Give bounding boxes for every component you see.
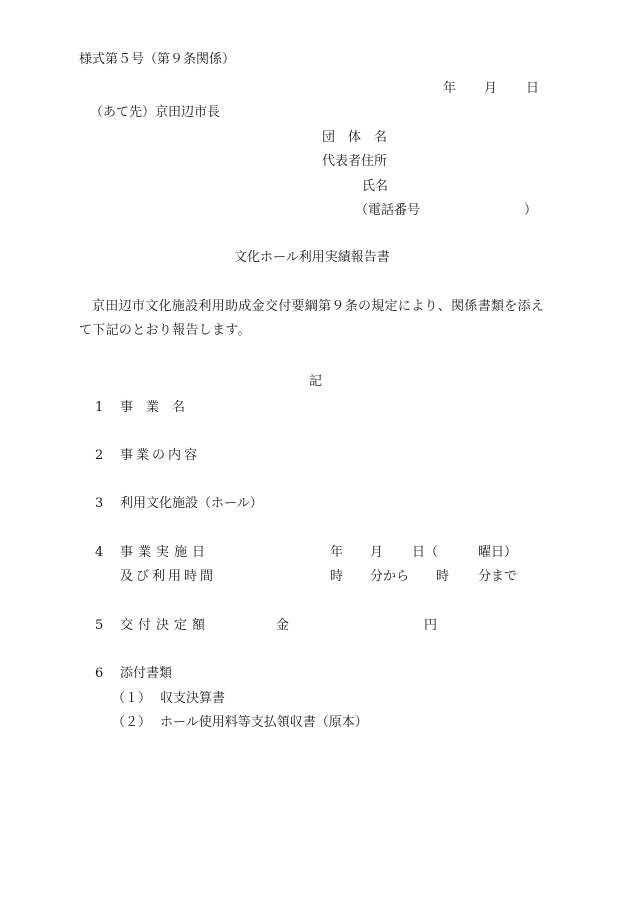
item-2-number: 2 (95, 448, 103, 464)
item-6-label: 添付書類 (120, 666, 172, 682)
name-label: 氏名 (362, 179, 388, 195)
group-name-label: 団 体 名 (322, 130, 387, 146)
date-day-label: 日 (526, 81, 539, 97)
item-4-label: 事業実施日 (120, 545, 210, 561)
item-2-label: 事業の内容 (120, 448, 200, 464)
item-4-day: 日（ (412, 545, 438, 561)
item-5-amount-prefix: 金 (276, 618, 289, 634)
item-4-weekday: 曜日） (478, 545, 517, 561)
representative-address-label: 代表者住所 (322, 154, 387, 170)
form-number: 様式第５号（第９条関係） (79, 52, 235, 68)
item-6-number: 6 (95, 666, 103, 682)
item-4-year: 年 (330, 545, 343, 561)
item-3-label: 利用文化施設（ホール） (120, 496, 263, 512)
body-text-line-1: 京田辺市文化施設利用助成金交付要綱第９条の規定により、関係書類を添え (92, 299, 544, 315)
phone-label: （電話番号 (355, 203, 420, 219)
attachment-2-number: （２） (112, 715, 151, 731)
item-1-label: 事 業 名 (120, 400, 185, 416)
attachment-1-label: 収支決算書 (160, 691, 225, 707)
item-4-start-minute: 分から (370, 569, 409, 585)
item-4-number: 4 (95, 545, 103, 561)
ki-heading: 記 (309, 374, 322, 390)
item-3-number: 3 (95, 496, 103, 512)
item-5-number: 5 (95, 618, 103, 634)
item-5-label: 交付決定額 (120, 618, 210, 634)
phone-label-close: ） (524, 203, 537, 219)
item-4-end-minute: 分まで (478, 569, 517, 585)
date-month-label: 月 (484, 81, 497, 97)
item-4-end-hour: 時 (436, 569, 449, 585)
attachment-2-label: ホール使用料等支払領収書（原本） (160, 715, 368, 731)
document-title: 文化ホール利用実績報告書 (234, 250, 390, 266)
item-4-month: 月 (370, 545, 383, 561)
attachment-1-number: （１） (112, 691, 151, 707)
addressee: （あて先）京田辺市長 (90, 105, 220, 121)
body-text-line-2: て下記のとおり報告します。 (79, 323, 251, 339)
item-5-amount-suffix: 円 (424, 618, 437, 634)
item-1-number: 1 (95, 400, 103, 416)
item-4-label-2: 及び利用時間 (120, 569, 216, 585)
item-4-start-hour: 時 (330, 569, 343, 585)
date-year-label: 年 (443, 81, 456, 97)
